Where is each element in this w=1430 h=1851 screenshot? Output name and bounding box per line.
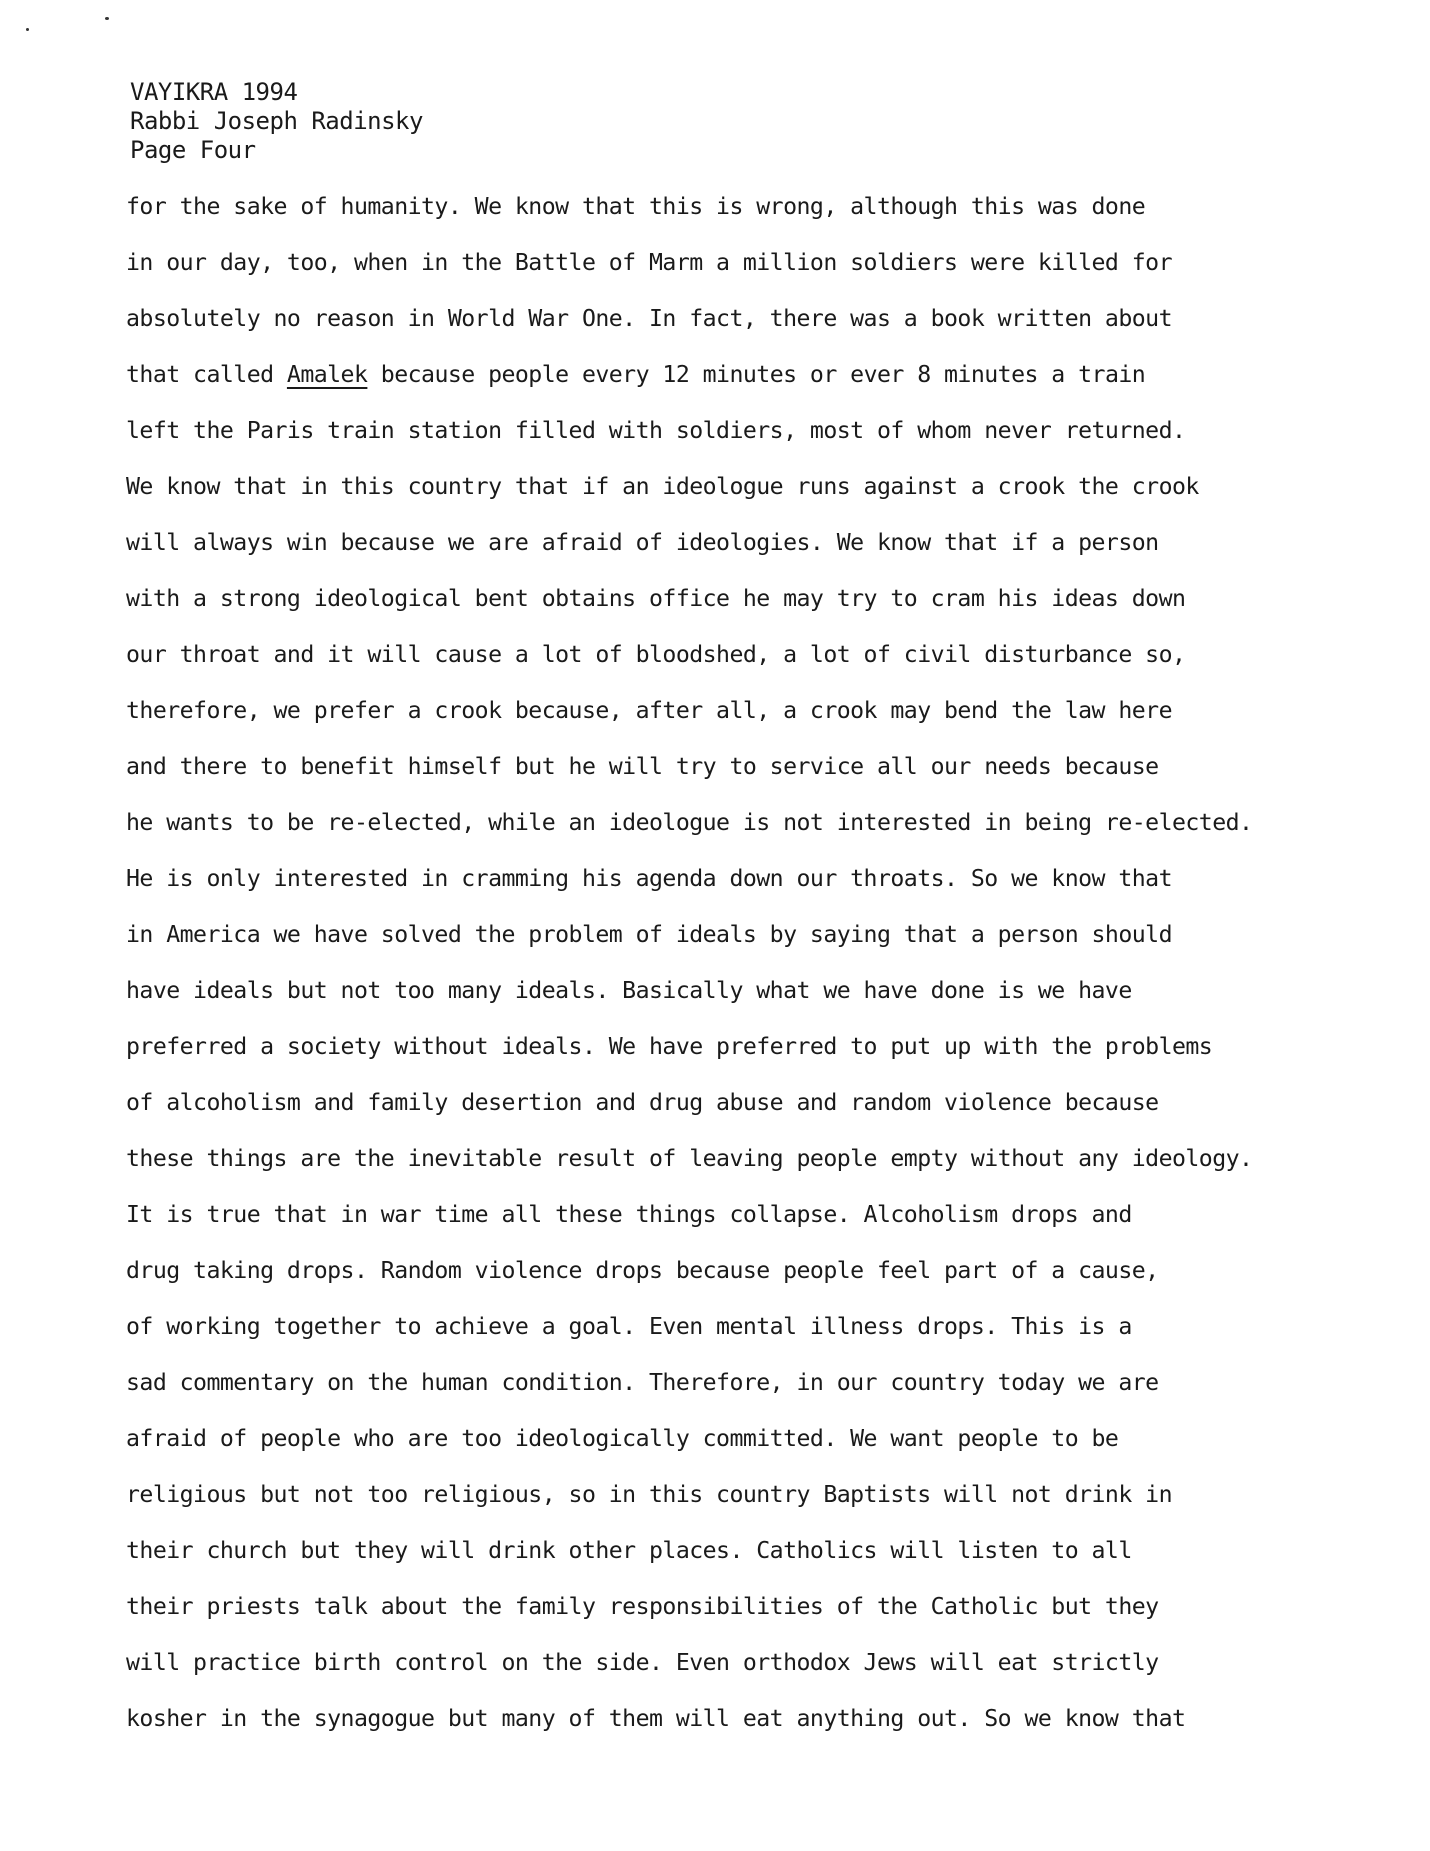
text-line: therefore, we prefer a crook because, af… [126,697,1326,753]
book-title-underlined: Amalek [287,361,367,388]
text-line: he wants to be re-elected, while an ideo… [126,809,1326,865]
document-header: VAYIKRA 1994 Rabbi Joseph Radinsky Page … [130,78,423,165]
text-line: their church but they will drink other p… [126,1537,1326,1593]
text-line: kosher in the synagogue but many of them… [126,1705,1326,1761]
text-line: It is true that in war time all these th… [126,1201,1326,1257]
text-line: that called Amalek because people every … [126,361,1326,417]
text-segment: that called [126,361,287,388]
text-line: with a strong ideological bent obtains o… [126,585,1326,641]
text-line: in our day, too, when in the Battle of M… [126,249,1326,305]
text-line: preferred a society without ideals. We h… [126,1033,1326,1089]
text-line: have ideals but not too many ideals. Bas… [126,977,1326,1033]
scan-speck [105,17,109,20]
text-line: their priests talk about the family resp… [126,1593,1326,1649]
sermon-title: VAYIKRA 1994 [130,78,423,107]
text-line: for the sake of humanity. We know that t… [126,193,1326,249]
text-line: of working together to achieve a goal. E… [126,1313,1326,1369]
text-line: absolutely no reason in World War One. I… [126,305,1326,361]
text-line: and there to benefit himself but he will… [126,753,1326,809]
text-line: afraid of people who are too ideological… [126,1425,1326,1481]
text-line: will practice birth control on the side.… [126,1649,1326,1705]
text-line: our throat and it will cause a lot of bl… [126,641,1326,697]
text-line: He is only interested in cramming his ag… [126,865,1326,921]
author-name: Rabbi Joseph Radinsky [130,107,423,136]
text-line: drug taking drops. Random violence drops… [126,1257,1326,1313]
text-line: sad commentary on the human condition. T… [126,1369,1326,1425]
text-line: of alcoholism and family desertion and d… [126,1089,1326,1145]
page-label: Page Four [130,136,423,165]
text-line: left the Paris train station filled with… [126,417,1326,473]
scan-speck [26,28,29,31]
body-text: for the sake of humanity. We know that t… [126,193,1326,1761]
text-line: We know that in this country that if an … [126,473,1326,529]
text-line: religious but not too religious, so in t… [126,1481,1326,1537]
text-line: in America we have solved the problem of… [126,921,1326,977]
text-line: will always win because we are afraid of… [126,529,1326,585]
text-segment: because people every 12 minutes or ever … [367,361,1145,388]
document-page: VAYIKRA 1994 Rabbi Joseph Radinsky Page … [0,0,1430,1851]
text-line: these things are the inevitable result o… [126,1145,1326,1201]
